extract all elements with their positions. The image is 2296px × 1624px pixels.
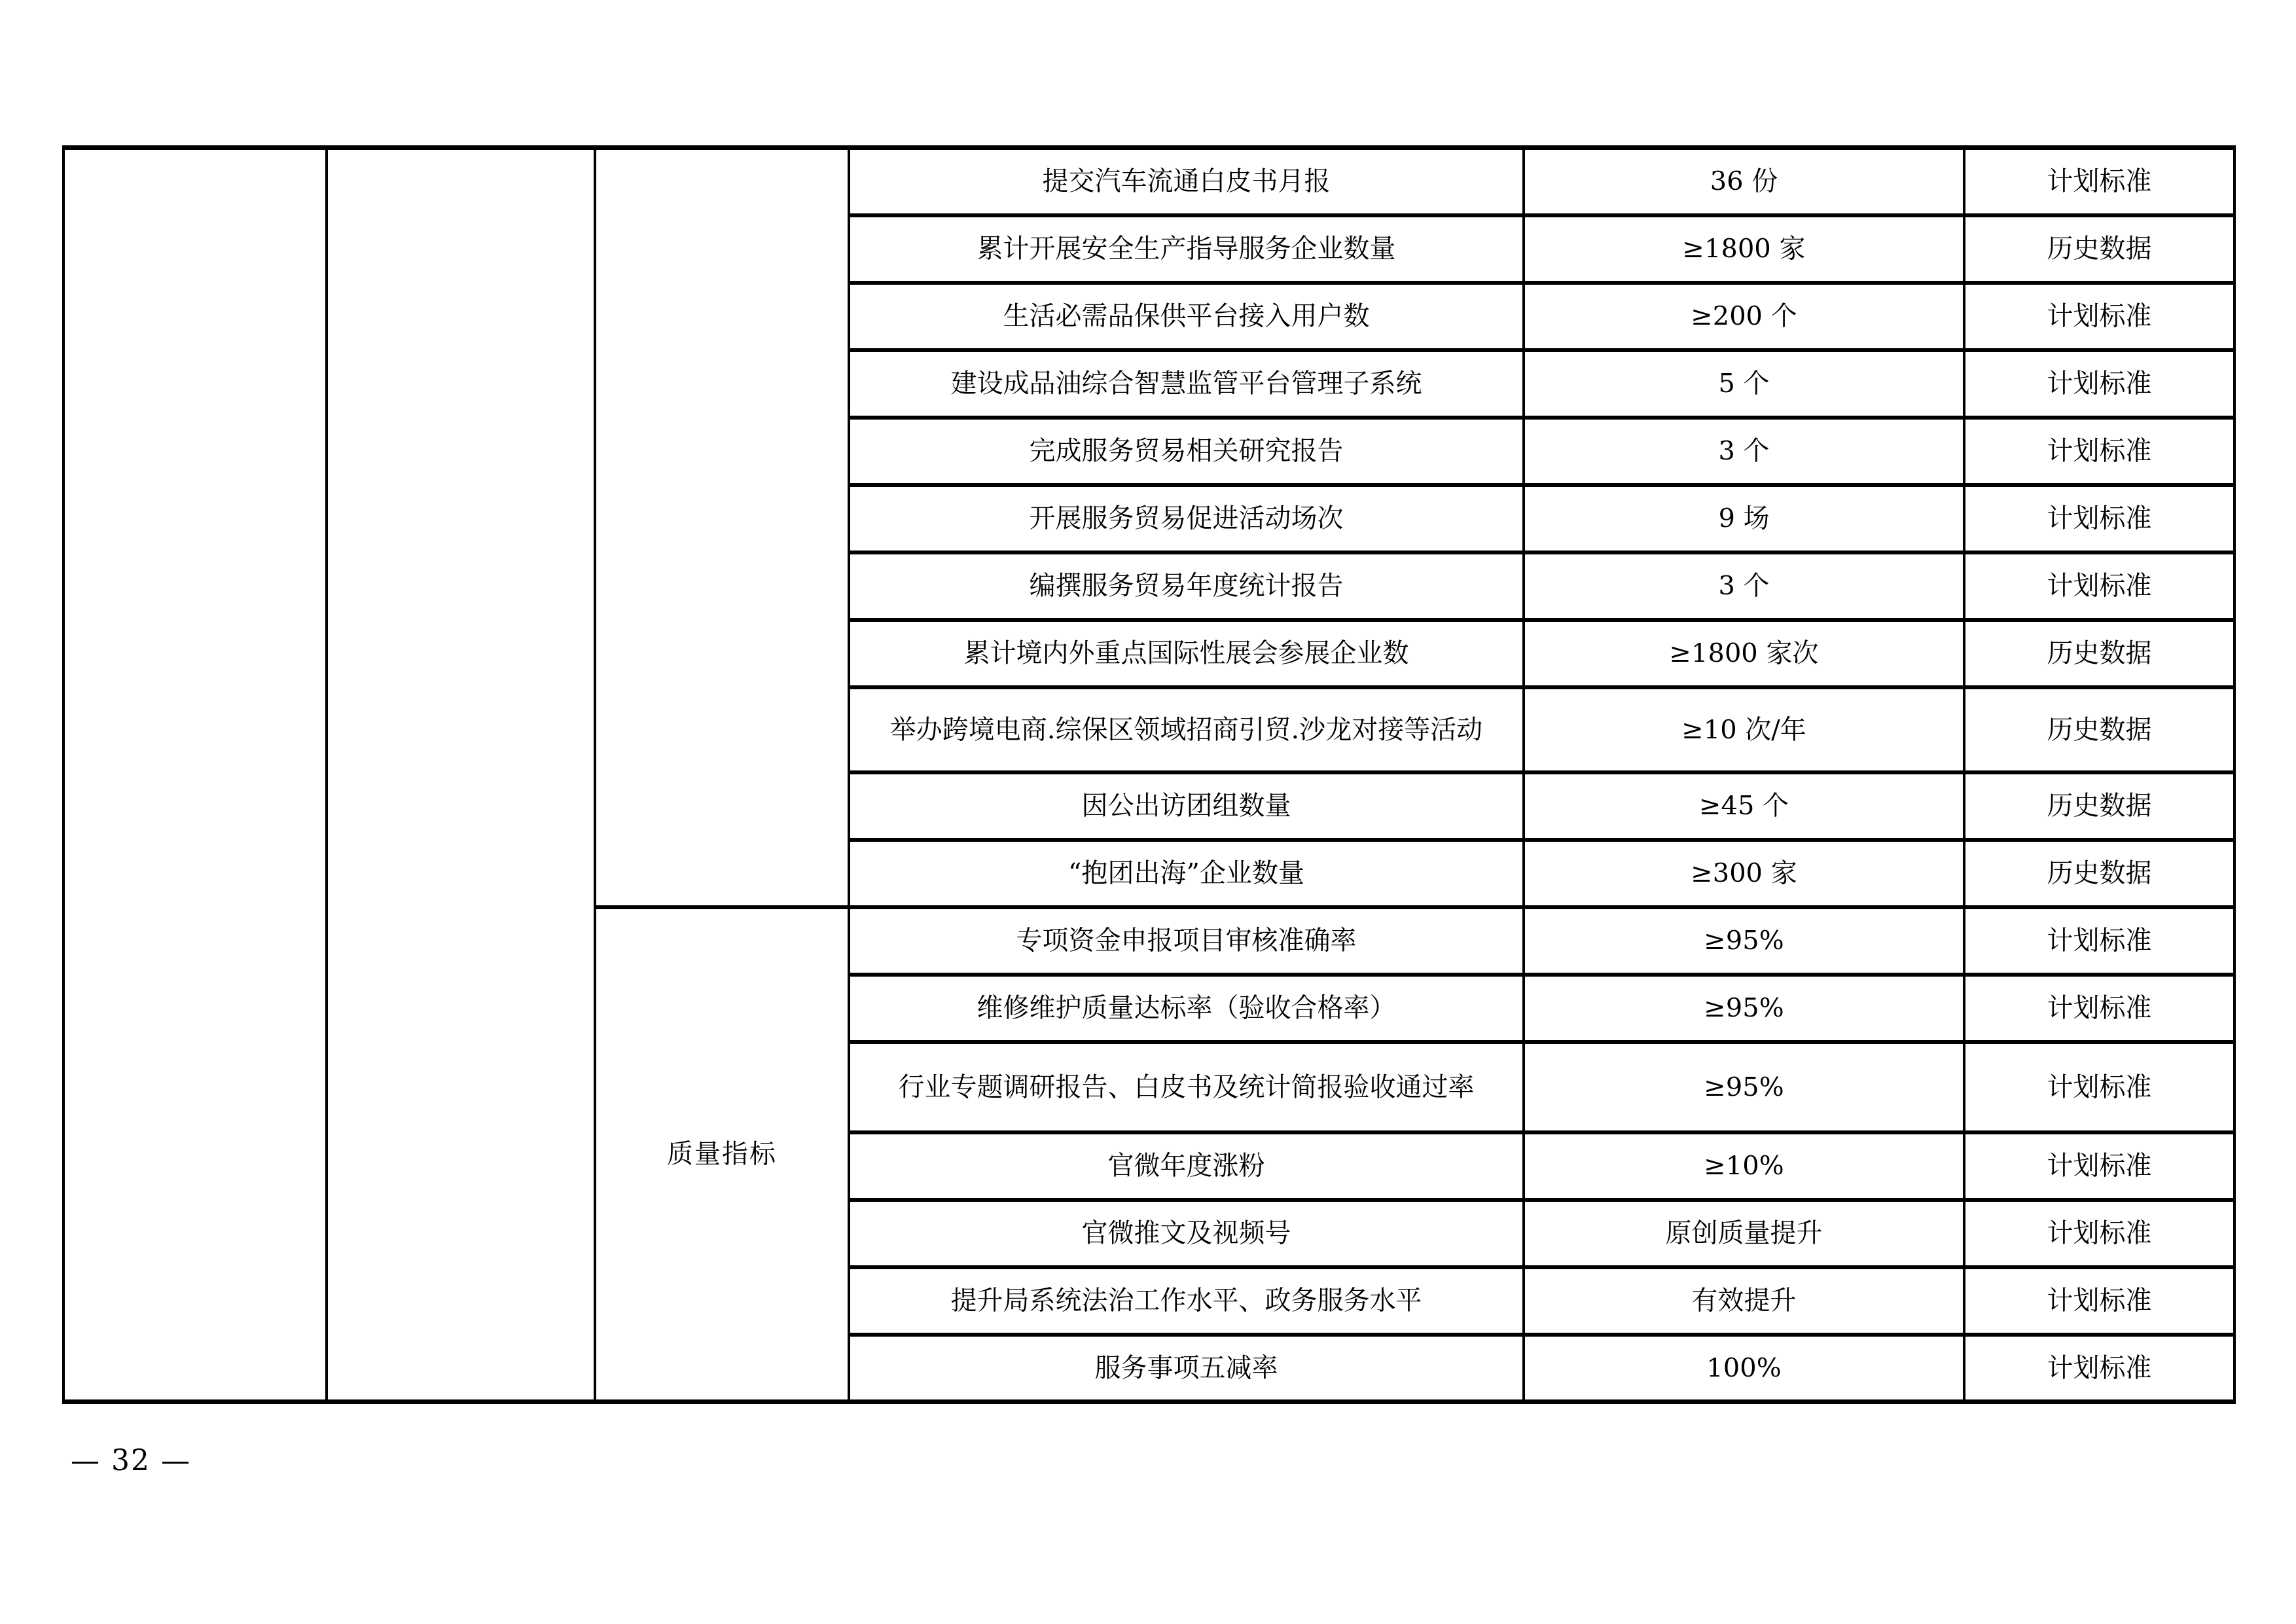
indicator-name-cell: “抱团出海”企业数量: [849, 840, 1524, 907]
indicator-name-cell: 建设成品油综合智慧监管平台管理子系统: [849, 350, 1524, 418]
document-page: 提交汽车流通白皮书月报36 份计划标准累计开展安全生产指导服务企业数量≥1800…: [0, 0, 2296, 1624]
indicator-name-cell: 服务事项五减率: [849, 1335, 1524, 1402]
value-source-cell: 历史数据: [1964, 687, 2234, 772]
value-source-cell: 计划标准: [1964, 1042, 2234, 1132]
value-source-cell: 计划标准: [1964, 350, 2234, 418]
merged-cell-category-column: [327, 148, 595, 1402]
value-source-cell: 计划标准: [1964, 148, 2234, 215]
value-source-cell: 计划标准: [1964, 1335, 2234, 1402]
indicator-type-label: 质量指标: [595, 907, 849, 1402]
indicator-name-cell: 生活必需品保供平台接入用户数: [849, 283, 1524, 350]
target-value-cell: ≥10 次/年: [1524, 687, 1964, 772]
target-value-cell: ≥95%: [1524, 1042, 1964, 1132]
table-row: 提交汽车流通白皮书月报36 份计划标准: [63, 148, 2234, 215]
indicator-name-cell: 因公出访团组数量: [849, 772, 1524, 840]
merged-cell-indicator-type-upper: [595, 148, 849, 907]
indicator-name-cell: 编撰服务贸易年度统计报告: [849, 552, 1524, 620]
page-number: — 32 —: [71, 1444, 191, 1477]
value-source-cell: 历史数据: [1964, 620, 2234, 687]
target-value-cell: ≥200 个: [1524, 283, 1964, 350]
merged-cell-project-column: [63, 148, 327, 1402]
target-value-cell: ≥1800 家: [1524, 215, 1964, 283]
target-value-cell: ≥95%: [1524, 907, 1964, 975]
value-source-cell: 计划标准: [1964, 418, 2234, 485]
indicator-name-cell: 行业专题调研报告、白皮书及统计简报验收通过率: [849, 1042, 1524, 1132]
target-value-cell: 100%: [1524, 1335, 1964, 1402]
target-value-cell: 5 个: [1524, 350, 1964, 418]
value-source-cell: 计划标准: [1964, 552, 2234, 620]
target-value-cell: ≥45 个: [1524, 772, 1964, 840]
indicator-name-cell: 举办跨境电商.综保区领域招商引贸.沙龙对接等活动: [849, 687, 1524, 772]
value-source-cell: 历史数据: [1964, 772, 2234, 840]
target-value-cell: 36 份: [1524, 148, 1964, 215]
value-source-cell: 计划标准: [1964, 907, 2234, 975]
target-value-cell: ≥95%: [1524, 975, 1964, 1042]
indicator-name-cell: 维修维护质量达标率（验收合格率）: [849, 975, 1524, 1042]
indicator-name-cell: 官微年度涨粉: [849, 1132, 1524, 1200]
value-source-cell: 计划标准: [1964, 1132, 2234, 1200]
target-value-cell: 3 个: [1524, 552, 1964, 620]
indicator-name-cell: 开展服务贸易促进活动场次: [849, 485, 1524, 552]
value-source-cell: 计划标准: [1964, 283, 2234, 350]
indicator-name-cell: 累计境内外重点国际性展会参展企业数: [849, 620, 1524, 687]
target-value-cell: ≥10%: [1524, 1132, 1964, 1200]
indicator-name-cell: 提升局系统法治工作水平、政务服务水平: [849, 1267, 1524, 1335]
indicator-name-cell: 累计开展安全生产指导服务企业数量: [849, 215, 1524, 283]
target-value-cell: 3 个: [1524, 418, 1964, 485]
value-source-cell: 历史数据: [1964, 840, 2234, 907]
value-source-cell: 历史数据: [1964, 215, 2234, 283]
indicator-name-cell: 官微推文及视频号: [849, 1200, 1524, 1267]
value-source-cell: 计划标准: [1964, 975, 2234, 1042]
performance-indicators-table: 提交汽车流通白皮书月报36 份计划标准累计开展安全生产指导服务企业数量≥1800…: [62, 145, 2236, 1404]
indicator-name-cell: 完成服务贸易相关研究报告: [849, 418, 1524, 485]
value-source-cell: 计划标准: [1964, 1267, 2234, 1335]
value-source-cell: 计划标准: [1964, 1200, 2234, 1267]
indicator-name-cell: 专项资金申报项目审核准确率: [849, 907, 1524, 975]
target-value-cell: 有效提升: [1524, 1267, 1964, 1335]
target-value-cell: 9 场: [1524, 485, 1964, 552]
target-value-cell: 原创质量提升: [1524, 1200, 1964, 1267]
target-value-cell: ≥1800 家次: [1524, 620, 1964, 687]
target-value-cell: ≥300 家: [1524, 840, 1964, 907]
value-source-cell: 计划标准: [1964, 485, 2234, 552]
indicator-name-cell: 提交汽车流通白皮书月报: [849, 148, 1524, 215]
